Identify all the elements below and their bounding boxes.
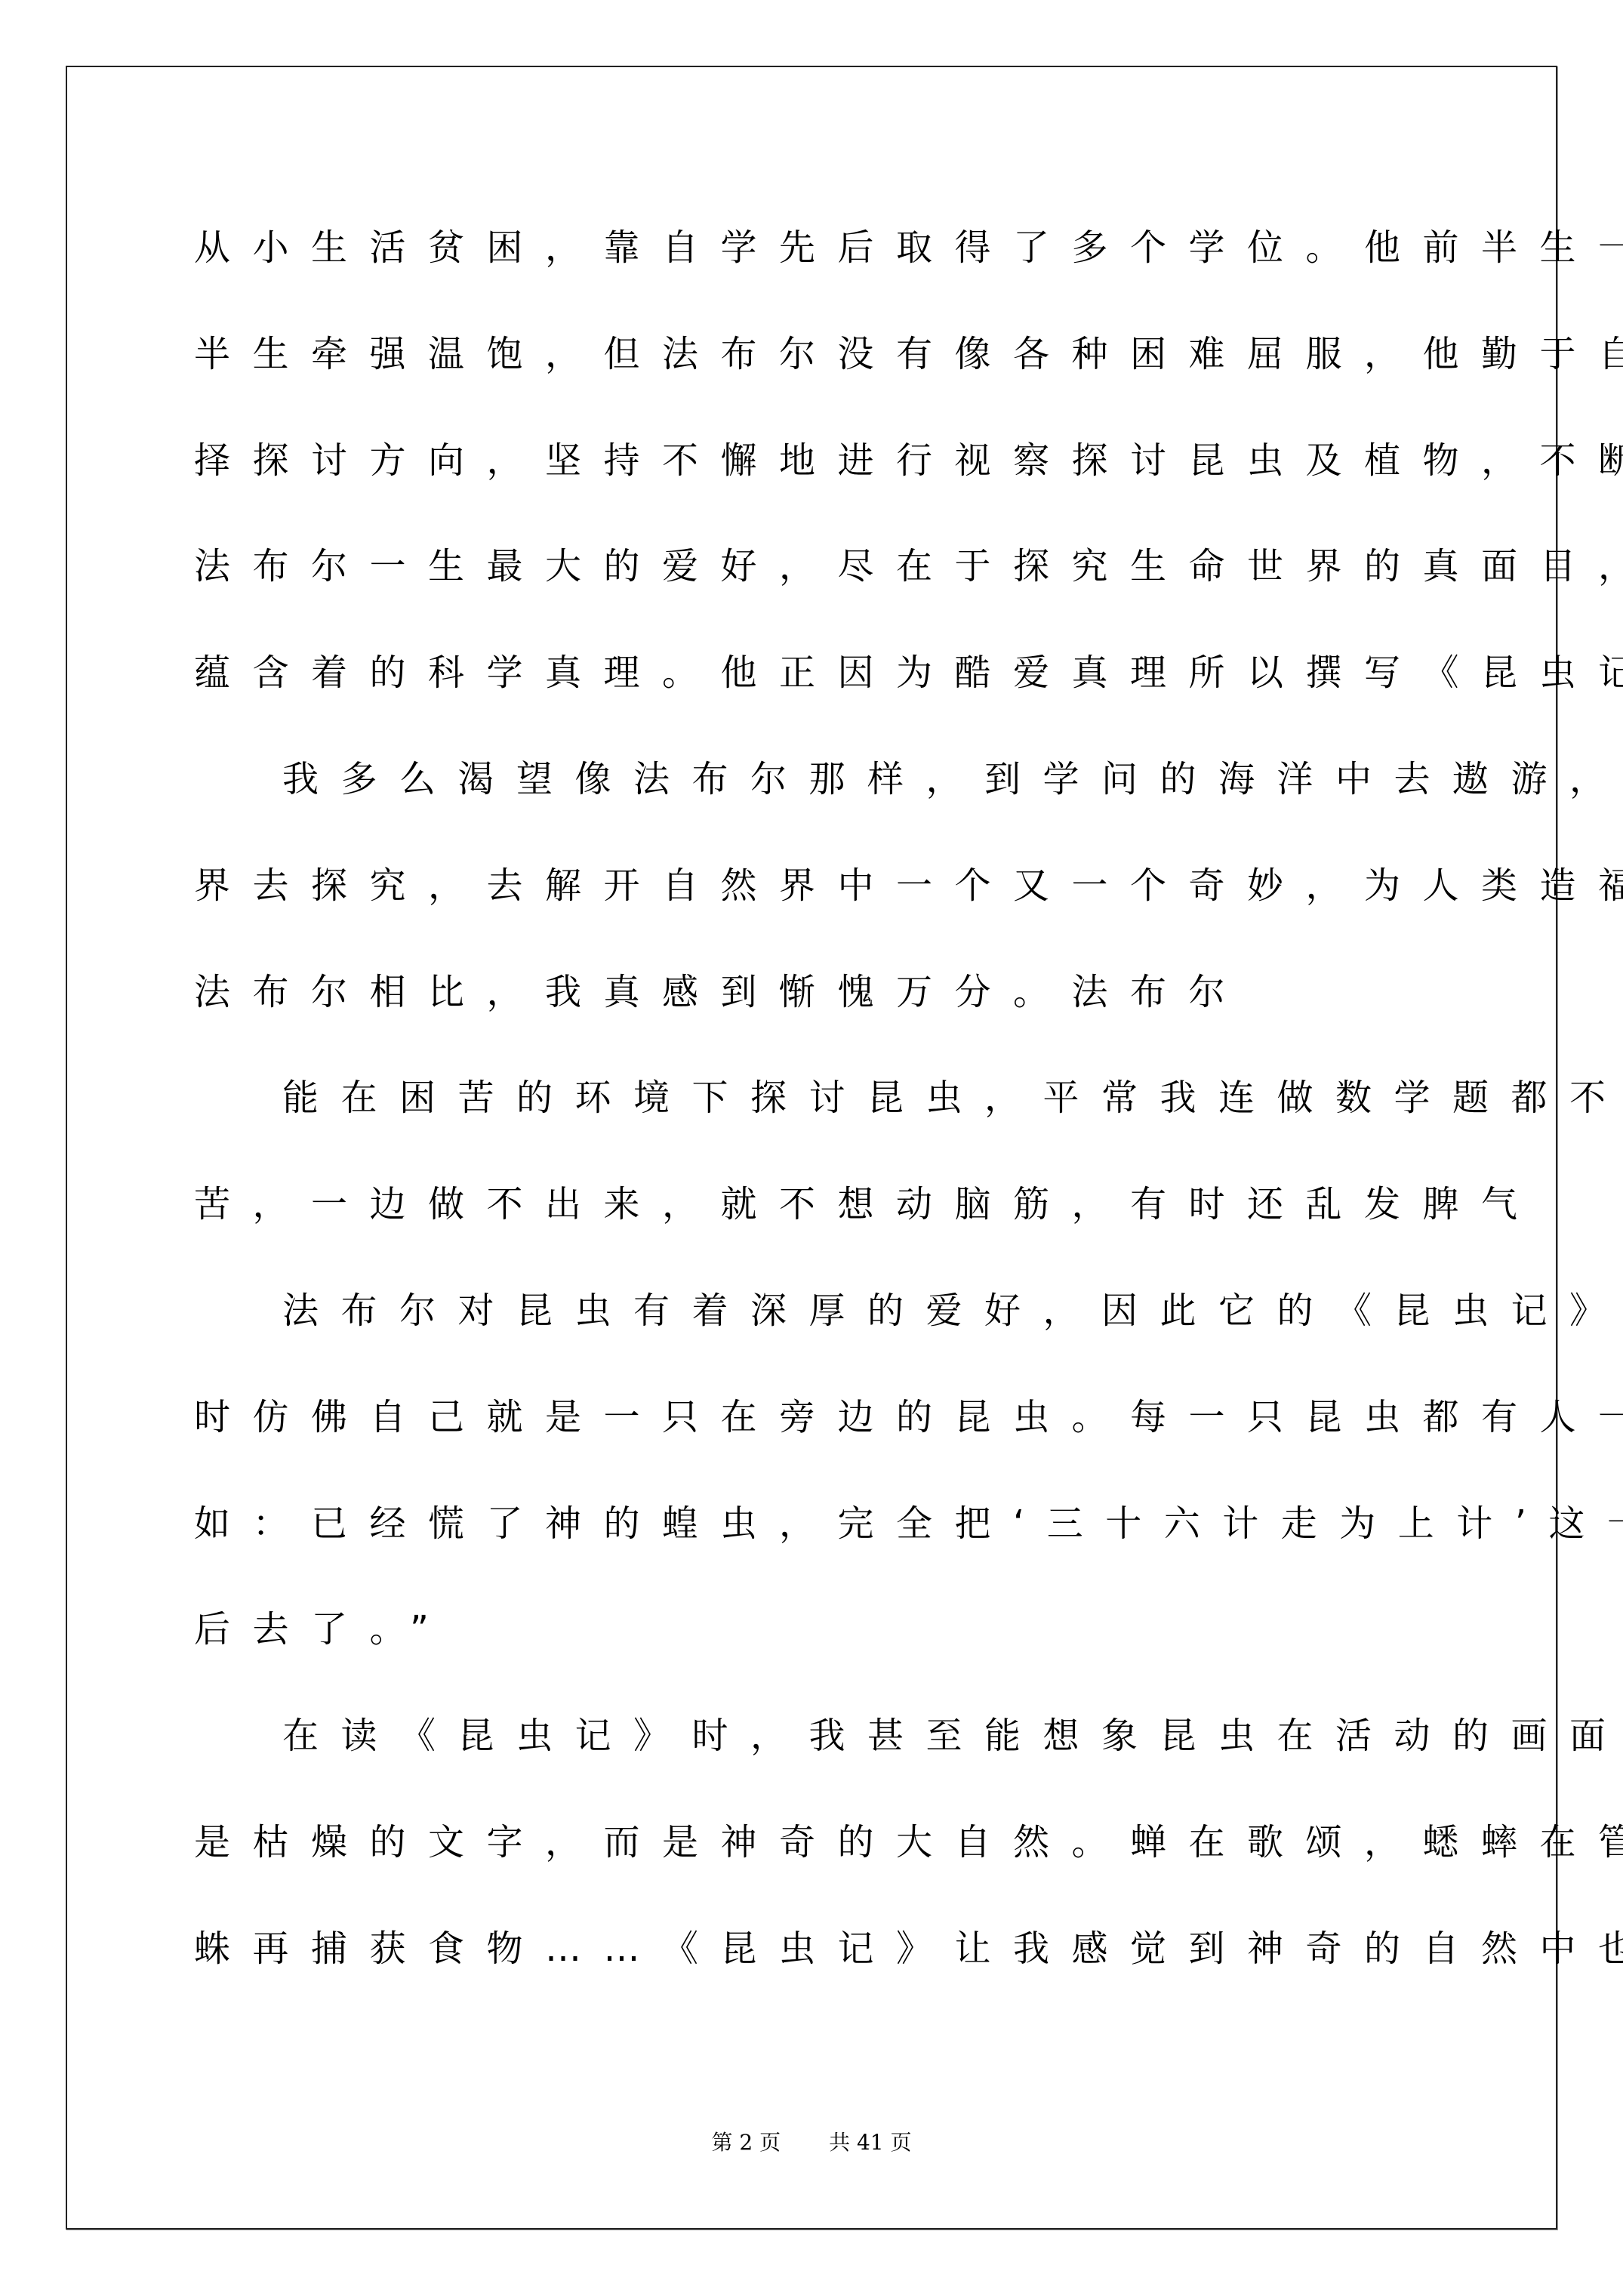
text-line-12: 时仿佛自己就是一只在旁边的昆虫。每一只昆虫都有人一样的情感。 xyxy=(194,1396,1623,1438)
text-line-4: 法布尔一生最大的爱好，尽在于探究生命世界的真面目，发觉自然界 xyxy=(194,545,1623,587)
text-line-17: 蛛再捕获食物……《昆虫记》让我感觉到神奇的自然中也有这么好玩 xyxy=(194,1928,1623,1970)
text-line-11: 法布尔对昆虫有着深厚的爱好，因此它的《昆虫记》也让我在读 xyxy=(282,1290,1623,1332)
text-line-1: 从小生活贫困，靠自学先后取得了多个学位。他前半生一贫如洗，后 xyxy=(194,227,1623,269)
text-line-5: 蕴含着的科学真理。他正因为酷爱真理所以撰写《昆虫记》。 xyxy=(194,652,1623,694)
text-line-8: 法布尔相比，我真感到惭愧万分。法布尔 xyxy=(194,971,1247,1013)
total-pages-label: 共 41 页 xyxy=(829,2130,911,2155)
text-line-9: 能在困苦的环境下探讨昆虫，平常我连做数学题都不仔细，不刻 xyxy=(282,1077,1623,1119)
text-line-6: 我多么渴望像法布尔那样，到学问的海洋中去遨游，到科学的世 xyxy=(282,758,1623,800)
page-footer: 第 2 页共 41 页 xyxy=(0,2128,1623,2158)
text-line-13: 如：已经慌了神的蝗虫，完全把‘三十六计走为上计’这一招忘到脑 xyxy=(194,1502,1623,1545)
text-line-10: 苦，一边做不出来，就不想动脑筋，有时还乱发脾气 xyxy=(194,1183,1540,1225)
text-line-16: 是枯燥的文字，而是神奇的大自然。蝉在歌颂，蟋蟀在管理家务，蜘 xyxy=(194,1821,1623,1863)
text-line-2: 半生牵强温饱，但法布尔没有像各种困难屈服，他勤于自修，细心选 xyxy=(194,333,1623,375)
page-border xyxy=(66,66,1557,2230)
text-line-7: 界去探究，去解开自然界中一个又一个奇妙，为人类造福啊！然而同 xyxy=(194,864,1623,907)
text-line-14: 后去了。” xyxy=(194,1608,451,1650)
current-page-label: 第 2 页 xyxy=(711,2130,781,2155)
text-line-15: 在读《昆虫记》时，我甚至能想象昆虫在活动的画面，眼前不再 xyxy=(282,1715,1623,1757)
text-line-3: 择探讨方向，坚持不懈地进行视察探讨昆虫及植物，不断获得新成果。 xyxy=(194,439,1623,482)
